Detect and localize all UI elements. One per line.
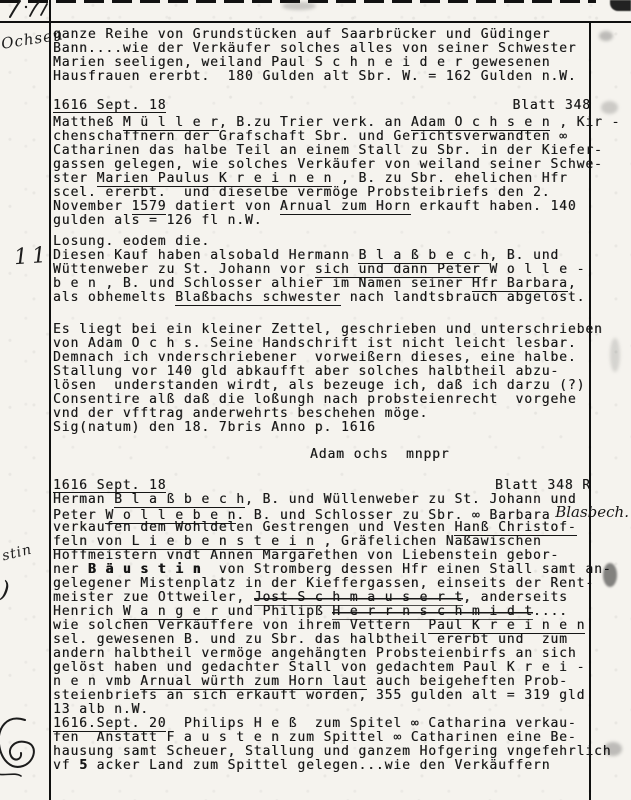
- text-run: Philips H e ß zum Spitel ∞ Catharina ver…: [166, 716, 576, 731]
- text-run: scel. ererbt. und dieselbe vermöge Probs…: [53, 185, 550, 200]
- text-run: 13 alb n.W.: [53, 702, 149, 717]
- text-run: nach landtsbrauch abgelöst.: [341, 290, 585, 305]
- document-line: wie solchen Verkäuffere von ihrem Vetter…: [53, 619, 591, 633]
- text-run: chenschaffnern der Grafschaft Sbr. und G…: [53, 129, 568, 144]
- document-line: Adam ochs mnppr: [310, 448, 591, 462]
- text-run: B ä u s t i n: [88, 562, 201, 577]
- document-block: Losung. eodem die.Diesen Kauf haben also…: [53, 235, 591, 305]
- text-run: Demnach ich vnderschriebener vorweißern …: [53, 350, 577, 365]
- text-run: ganze Reihe von Grundstücken auf Saarbrü…: [53, 27, 550, 42]
- document-block: 1616 Sept. 18Blatt 348Mattheß M ü l l e …: [53, 99, 591, 228]
- document-line: gassen gelegen, wie solches Verkäufer vo…: [53, 158, 591, 172]
- document-line: steienbriefs an sich erkauft worden, 355…: [53, 689, 591, 703]
- margin-loop-icon: [0, 714, 45, 778]
- text-run: , B. und: [489, 248, 559, 263]
- document-line: von Adam O c h s. Seine Handschrift ist …: [53, 337, 591, 351]
- document-line: November 1579 datiert von Arnual zum Hor…: [53, 200, 591, 214]
- document-line: 13 alb n.W.: [53, 703, 591, 717]
- document-line: chenschaffnern der Grafschaft Sbr. und G…: [53, 130, 591, 144]
- text-run: andern halbtheil vermöge angehängten Pro…: [53, 646, 577, 661]
- document-line: Consentire alß daß die loßungh nach prob…: [53, 393, 591, 407]
- document-line: ganze Reihe von Grundstücken auf Saarbrü…: [53, 28, 591, 42]
- document-line: Henrich W a n g e r und Philipß H e r r …: [53, 605, 591, 619]
- text-run: erkauft haben. 140: [411, 199, 577, 214]
- document-text: ganze Reihe von Grundstücken auf Saarbrü…: [53, 26, 591, 773]
- text-run: B l a ß b e c h: [114, 492, 245, 508]
- text-run: Adam ochs mnppr: [310, 447, 450, 462]
- text-run: , B. und Wüllenweber zu St. Johann und: [245, 492, 577, 507]
- document-line: Mattheß M ü l l e r, B.zu Trier verk. an…: [53, 116, 591, 130]
- text-run: Consentire alß daß die loßungh nach prob…: [53, 392, 577, 407]
- document-line: andern halbtheil vermöge angehängten Pro…: [53, 647, 591, 661]
- document-line: Hoffmeistern vndt Annen Margarethen von …: [53, 549, 591, 563]
- document-line: Bann....wie der Verkäufer solches alles …: [53, 42, 591, 56]
- text-run: Wüttenweber zu St. Johann vor: [53, 262, 315, 277]
- text-run: Blaßbachs schwester: [175, 290, 341, 306]
- text-run: gassen gelegen, wie solches Verkäufer vo…: [53, 157, 603, 172]
- document-line: Wüttenweber zu St. Johann vor sich und d…: [53, 263, 591, 277]
- text-run: von Stromberg dessen Hfr einen Stall sam…: [201, 562, 611, 577]
- document-line: Diesen Kauf haben alsobald Hermann B l a…: [53, 249, 591, 263]
- document-line: Losung. eodem die.: [53, 235, 591, 249]
- text-run: Losung. eodem die.: [53, 234, 210, 249]
- document-line: verkaufen dem Wohldelen Gestrengen und V…: [53, 521, 591, 535]
- margin-stein-annotation: stin: [1, 542, 34, 565]
- document-block: 1616 Sept. 18Blatt 348 RHerman B l a ß b…: [53, 479, 591, 717]
- text-run: Hoffmeistern vndt Annen Margarethen von …: [53, 548, 559, 563]
- text-run: Henrich: [53, 604, 123, 619]
- text-run: lösen understanden wirdt, als bezeuge ic…: [53, 378, 585, 393]
- margin-scribble-icon: [6, 0, 52, 19]
- document-line: gelegener Mistenplatz in der Kieffergass…: [53, 577, 591, 591]
- document-line: Sig(natum) den 18. 7bris Anno p. 1616: [53, 421, 591, 435]
- document-line: Stallung vor 140 gld abkaufft aber solch…: [53, 365, 591, 379]
- text-run: Sig(natum) den 18. 7bris Anno p. 1616: [53, 420, 376, 435]
- text-run: und Philipß: [219, 604, 332, 619]
- scan-smudge: [601, 101, 618, 114]
- text-run: November: [53, 199, 132, 214]
- text-run: n e n vmb: [53, 674, 140, 689]
- document-line: hausung samt Scheuer, Stallung und ganze…: [53, 745, 591, 759]
- document-line: als obhemelts Blaßbachs schwester nach l…: [53, 291, 591, 305]
- text-run: , anderseits: [463, 590, 568, 605]
- document-line: Demnach ich vnderschriebener vorweißern …: [53, 351, 591, 365]
- top-rule-line: [0, 21, 631, 23]
- text-run: ....: [533, 604, 568, 619]
- text-run: als obhemelts: [53, 290, 175, 305]
- text-run: Arnual zum Horn: [280, 199, 411, 215]
- margin-paren-annotation: ): [0, 575, 11, 604]
- left-rule-line: [49, 0, 51, 800]
- entry-header-line: 1616 Sept. 18Blatt 348: [53, 99, 591, 113]
- text-run: hausung samt Scheuer, Stallung und ganze…: [53, 744, 612, 759]
- document-line: Hausfrauen ererbt. 180 Gulden alt Sbr. W…: [53, 70, 591, 84]
- document-block: ganze Reihe von Grundstücken auf Saarbrü…: [53, 28, 591, 84]
- text-run: Hausfrauen ererbt. 180 Gulden alt Sbr. W…: [53, 69, 577, 84]
- document-line: meister zue Ottweiler, Jost S c h m a u …: [53, 591, 591, 605]
- text-run: sel. gewesenen B. und zu Sbr. das halbth…: [53, 632, 568, 647]
- scan-smudge: [610, 0, 631, 11]
- document-line: Catharinen das halbe Teil an einem Stall…: [53, 144, 591, 158]
- text-run: meister zue Ottweiler,: [53, 590, 254, 605]
- document-block: Adam ochs mnppr: [53, 448, 591, 462]
- entry-header-line: 1616 Sept. 18Blatt 348 R: [53, 479, 591, 493]
- text-run: b e n , B. und Schlosser alhier im Namen…: [53, 276, 472, 291]
- text-run: Es liegt bei ein kleiner Zettel, geschri…: [53, 322, 603, 337]
- text-run: , Kir -: [550, 115, 620, 130]
- entry-date: 1616 Sept. 18: [53, 99, 166, 113]
- document-line: gelöst haben und gedachter Stall von ged…: [53, 661, 591, 675]
- text-run: 5: [79, 758, 88, 773]
- text-run: auch beigeheften Prob-: [367, 674, 568, 689]
- text-run: gelegener Mistenplatz in der Kieffergass…: [53, 576, 594, 591]
- text-run: , Gräfelichen Naßawischen: [315, 534, 542, 549]
- document-block: 1616.Sept. 20 Philips H e ß zum Spitel ∞…: [53, 717, 591, 773]
- document-line: vnd der vfftrag anderwehrts beschehen mö…: [53, 407, 591, 421]
- blatt-number: Blatt 348 R: [495, 479, 591, 493]
- text-run: gelöst haben und gedachter Stall von ged…: [53, 660, 585, 675]
- margin-number-annotation: 11: [13, 243, 51, 270]
- blatt-number: Blatt 348: [512, 99, 591, 113]
- text-run: , B.zu Trier verk. an: [219, 115, 411, 130]
- text-run: acker Land zum Spittel gelegen...wie den…: [88, 758, 551, 773]
- text-run: Herman: [53, 492, 114, 507]
- document-line: sel. gewesenen B. und zu Sbr. das halbth…: [53, 633, 591, 647]
- text-run: von Adam O c h s. Seine Handschrift ist …: [53, 336, 577, 351]
- text-run: verkaufen dem Wohldelen Gestrengen und V…: [53, 520, 454, 535]
- document-line: Peter W o l l e b e n. B. und Schlosser …: [53, 507, 591, 521]
- text-run: Blasbech.: [550, 503, 629, 521]
- text-run: Marien seeligen, weiland Paul S c h n e …: [53, 55, 550, 70]
- text-run: Mattheß: [53, 115, 123, 130]
- document-line: feln von L i e b e n s t e i n , Gräfeli…: [53, 535, 591, 549]
- text-run: vf: [53, 758, 79, 773]
- scan-smudge: [610, 338, 620, 372]
- text-run: datiert von: [166, 199, 279, 214]
- document-line: Herman B l a ß b e c h, B. und Wüllenweb…: [53, 493, 591, 507]
- scan-smudge: [282, 2, 316, 10]
- document-line: Es liegt bei ein kleiner Zettel, geschri…: [53, 323, 591, 337]
- document-line: n e n vmb Arnual würth zum Horn laut auc…: [53, 675, 591, 689]
- entry-date: 1616 Sept. 18: [53, 479, 166, 493]
- document-block: Es liegt bei ein kleiner Zettel, geschri…: [53, 323, 591, 435]
- text-run: Bann....wie der Verkäufer solches alles …: [53, 41, 577, 56]
- text-run: vnd der vfftrag anderwehrts beschehen mö…: [53, 406, 428, 421]
- text-run: gulden als = 126 fl n.W.: [53, 213, 262, 228]
- text-run: ,: [568, 276, 577, 291]
- document-line: gulden als = 126 fl n.W.: [53, 214, 591, 228]
- scan-smudge: [599, 31, 613, 41]
- scanned-document-page: Ochsen 11 stin ) ganze Reihe von Grundst…: [0, 0, 631, 800]
- text-run: ster: [53, 171, 97, 186]
- text-run: wie solchen Verkäuffere von ihrem Vetter…: [53, 618, 428, 633]
- text-run: , B. zu Sbr. ehelichen Hfr: [332, 171, 568, 186]
- text-run: ner: [53, 562, 88, 577]
- document-line: ner B ä u s t i n von Stromberg dessen H…: [53, 563, 591, 577]
- text-run: steienbriefs an sich erkauft worden, 355…: [53, 688, 585, 703]
- document-line: fen Anstatt F a u s t e n zum Spittel ∞ …: [53, 731, 591, 745]
- document-line: lösen understanden wirdt, als bezeuge ic…: [53, 379, 591, 393]
- document-line: 1616.Sept. 20 Philips H e ß zum Spitel ∞…: [53, 717, 591, 731]
- document-line: ster Marien Paulus K r e i n e n , B. zu…: [53, 172, 591, 186]
- document-line: b e n , B. und Schlosser alhier im Namen…: [53, 277, 591, 291]
- document-line: vf 5 acker Land zum Spittel gelegen...wi…: [53, 759, 591, 773]
- text-run: W o l l e -: [481, 262, 586, 277]
- document-line: scel. ererbt. und dieselbe vermöge Probs…: [53, 186, 591, 200]
- document-line: Marien seeligen, weiland Paul S c h n e …: [53, 56, 591, 70]
- text-run: fen Anstatt F a u s t e n zum Spittel ∞ …: [53, 730, 577, 745]
- text-run: Stallung vor 140 gld abkaufft aber solch…: [53, 364, 559, 379]
- text-run: Diesen Kauf haben alsobald Hermann: [53, 248, 358, 263]
- text-run: Catharinen das halbe Teil an einem Stall…: [53, 143, 603, 158]
